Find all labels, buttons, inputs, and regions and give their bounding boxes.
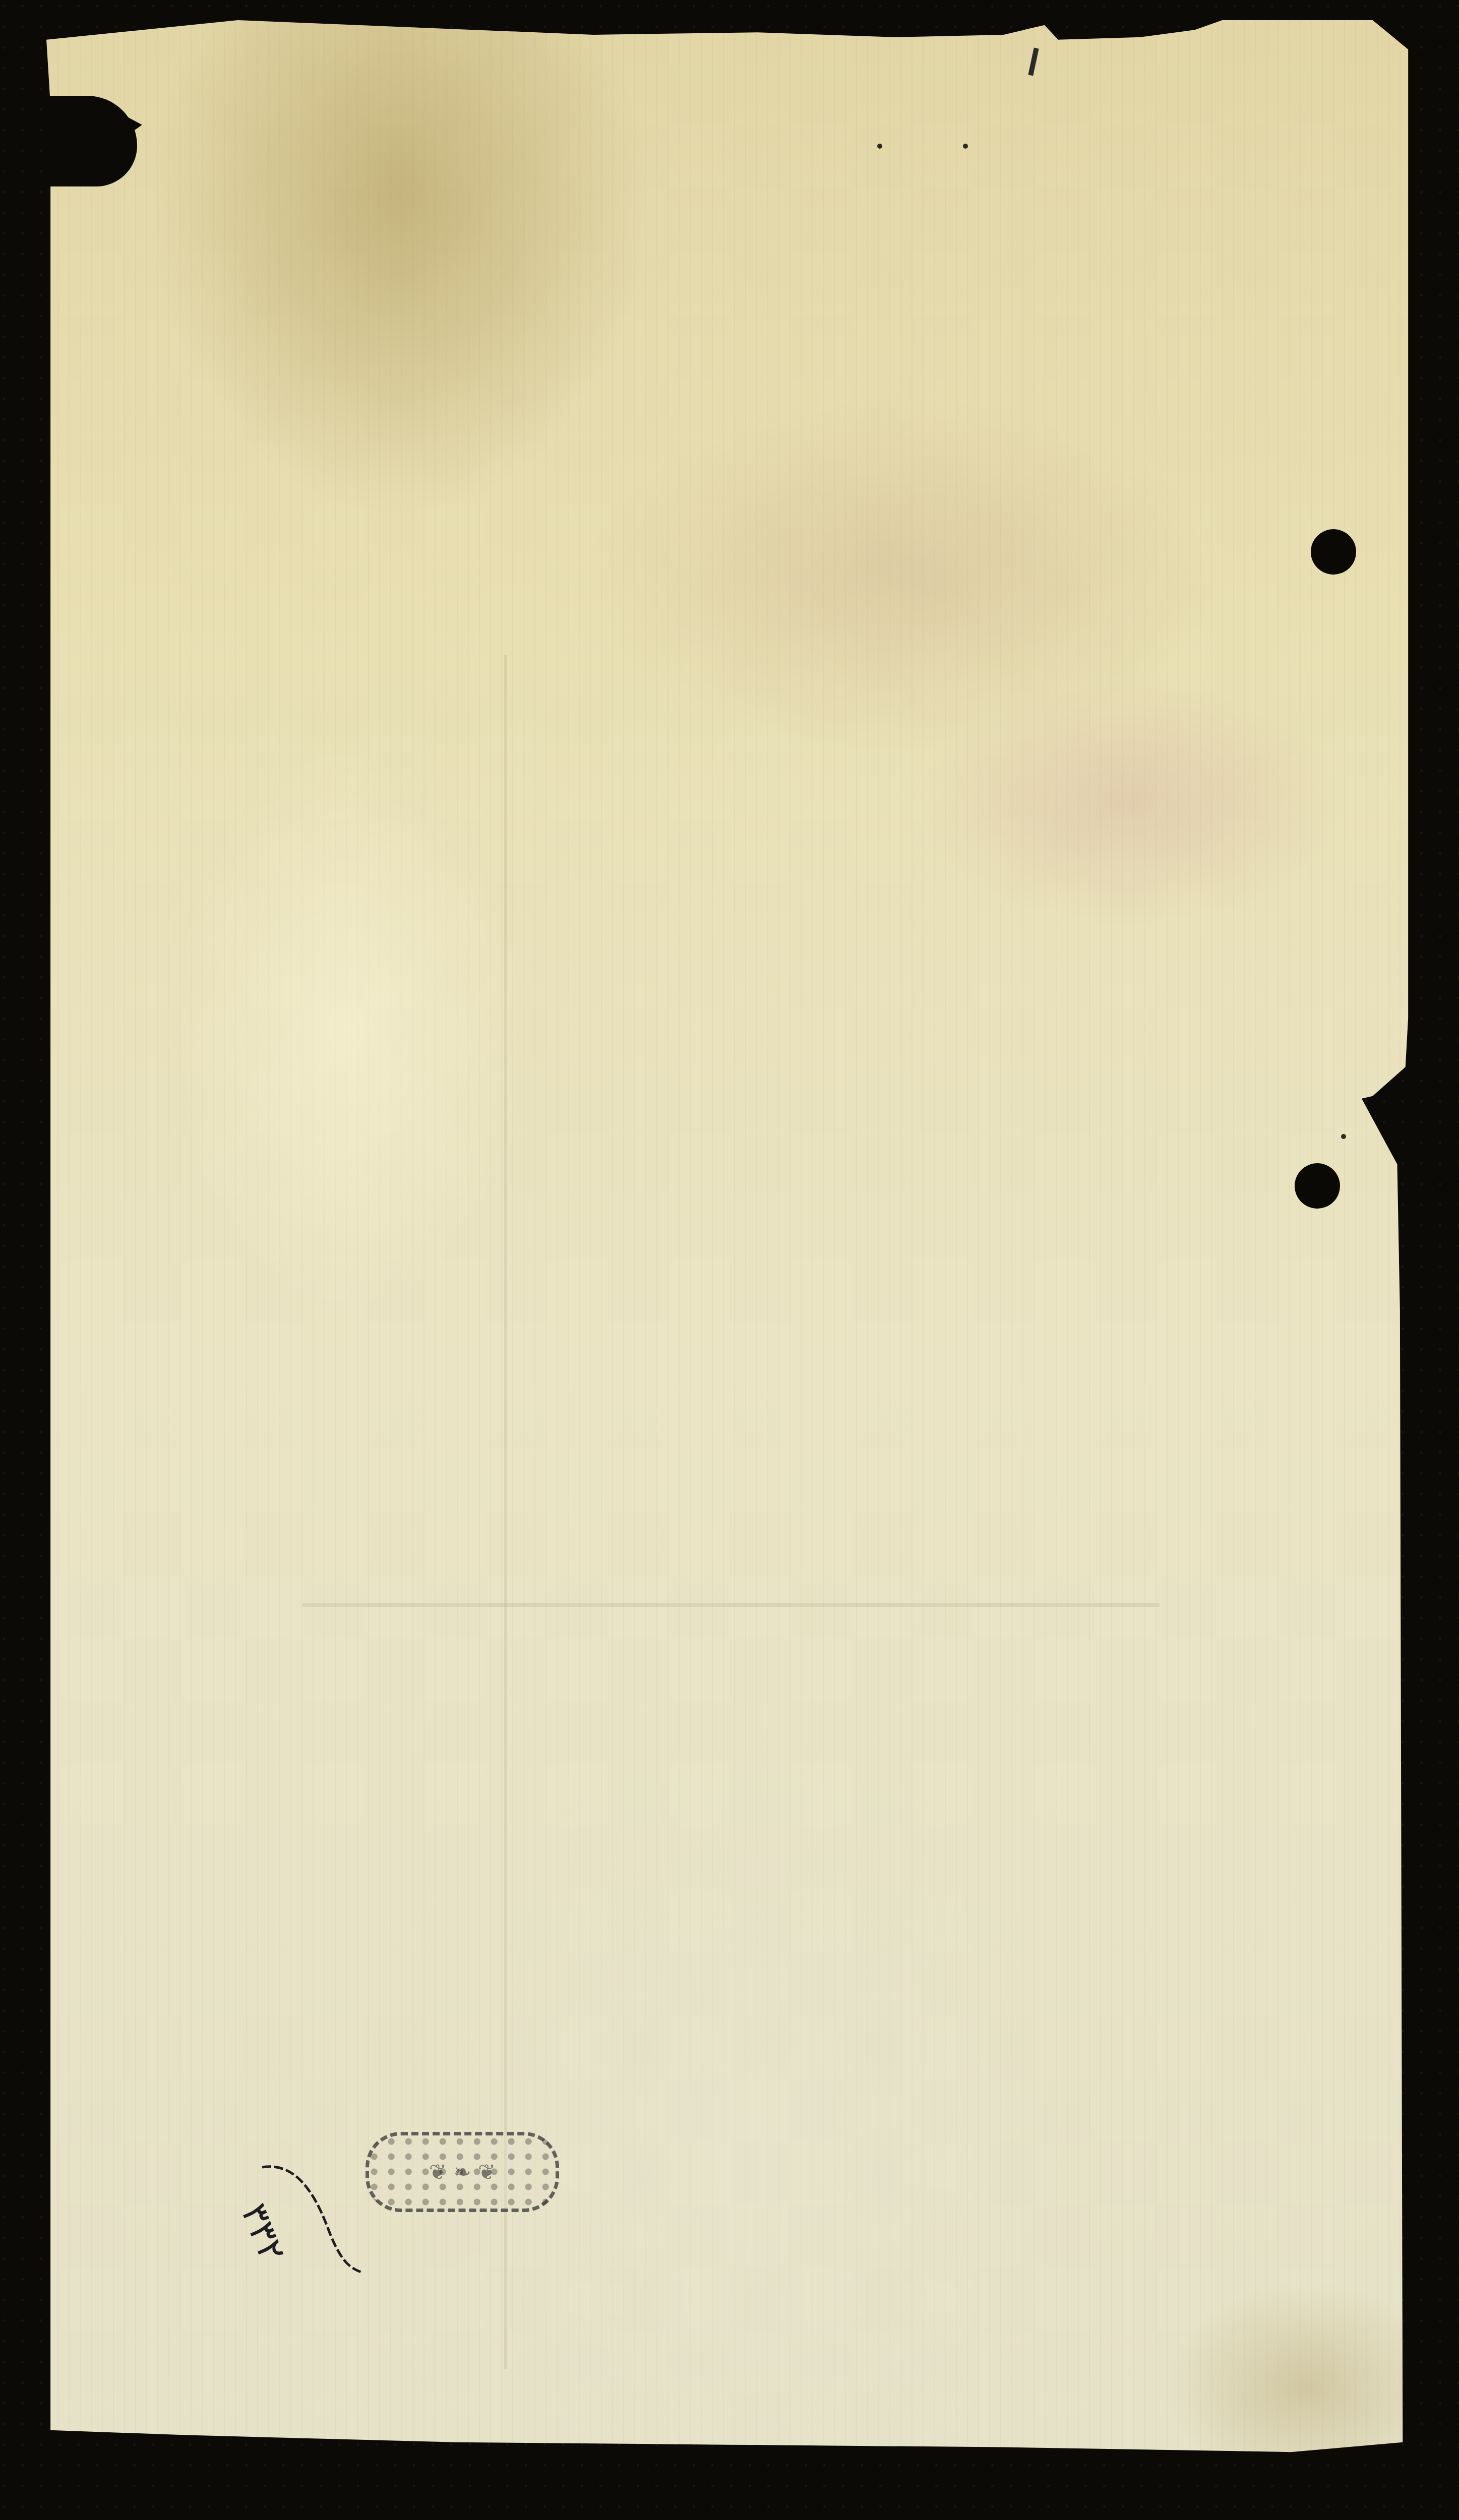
ink-speck bbox=[877, 144, 882, 149]
library-stamp: ❦ ❧ ❦ bbox=[366, 2132, 559, 2212]
stamp-ornament: ❦ ❧ ❦ bbox=[429, 2160, 496, 2184]
fold-line-horizontal bbox=[302, 1603, 1160, 1607]
paper-sheet bbox=[46, 20, 1414, 2454]
ink-speck bbox=[1341, 1134, 1346, 1139]
binding-hole-bottom bbox=[1295, 1163, 1340, 1209]
fold-line-vertical bbox=[504, 655, 507, 2369]
ink-speck bbox=[963, 144, 968, 149]
binding-hole-top bbox=[1311, 529, 1356, 575]
